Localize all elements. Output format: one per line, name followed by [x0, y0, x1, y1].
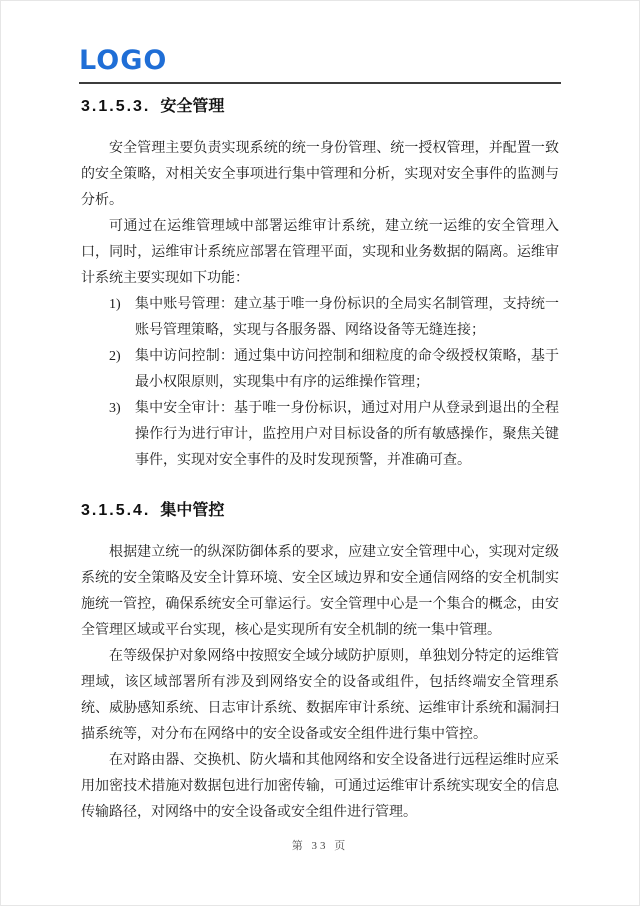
company-logo: LOGO — [79, 47, 561, 75]
numbered-list: 1) 集中账号管理：建立基于唯一身份标识的全局实名制管理，支持统一账号管理策略，… — [81, 292, 559, 474]
page-header: LOGO — [79, 47, 561, 84]
section-heading-centralized-control: 3.1.5.4.集中管控 — [81, 500, 559, 522]
list-item: 2) 集中访问控制：通过集中访问控制和细粒度的命令级授权策略，基于最小权限原则，… — [81, 344, 559, 396]
paragraph: 安全管理主要负责实现系统的统一身份管理、统一授权管理，并配置一致的安全策略，对相… — [81, 136, 559, 214]
list-item-text: 集中安全审计：基于唯一身份标识，通过对用户从登录到退出的全程操作行为进行审计，监… — [135, 396, 559, 474]
paragraph: 可通过在运维管理域中部署运维审计系统，建立统一运维的安全管理入口，同时，运维审计… — [81, 214, 559, 292]
paragraph: 在对路由器、交换机、防火墙和其他网络和安全设备进行远程运维时应采用加密技术措施对… — [81, 748, 559, 826]
list-item-text: 集中账号管理：建立基于唯一身份标识的全局实名制管理，支持统一账号管理策略，实现与… — [135, 292, 559, 344]
page-number-label: 第 33 页 — [292, 840, 349, 852]
document-page: LOGO 3.1.5.3.安全管理 安全管理主要负责实现系统的统一身份管理、统一… — [0, 0, 640, 906]
document-body: 3.1.5.3.安全管理 安全管理主要负责实现系统的统一身份管理、统一授权管理，… — [81, 96, 559, 826]
paragraph: 在等级保护对象网络中按照安全域分域防护原则，单独划分特定的运维管理域，该区域部署… — [81, 644, 559, 748]
page-footer: 第 33 页 — [1, 837, 639, 853]
list-item-text: 集中访问控制：通过集中访问控制和细粒度的命令级授权策略，基于最小权限原则，实现集… — [135, 344, 559, 396]
section-title: 集中管控 — [160, 502, 224, 519]
paragraph: 根据建立统一的纵深防御体系的要求，应建立安全管理中心，实现对定级系统的安全策略及… — [81, 540, 559, 644]
section-number: 3.1.5.3. — [81, 98, 150, 115]
list-item-marker: 2) — [109, 344, 135, 396]
list-item-marker: 1) — [109, 292, 135, 344]
list-item: 3) 集中安全审计：基于唯一身份标识，通过对用户从登录到退出的全程操作行为进行审… — [81, 396, 559, 474]
header-divider — [79, 82, 561, 84]
section-number: 3.1.5.4. — [81, 502, 150, 519]
section-title: 安全管理 — [160, 98, 224, 115]
list-item-marker: 3) — [109, 396, 135, 474]
section-heading-security-management: 3.1.5.3.安全管理 — [81, 96, 559, 118]
list-item: 1) 集中账号管理：建立基于唯一身份标识的全局实名制管理，支持统一账号管理策略，… — [81, 292, 559, 344]
